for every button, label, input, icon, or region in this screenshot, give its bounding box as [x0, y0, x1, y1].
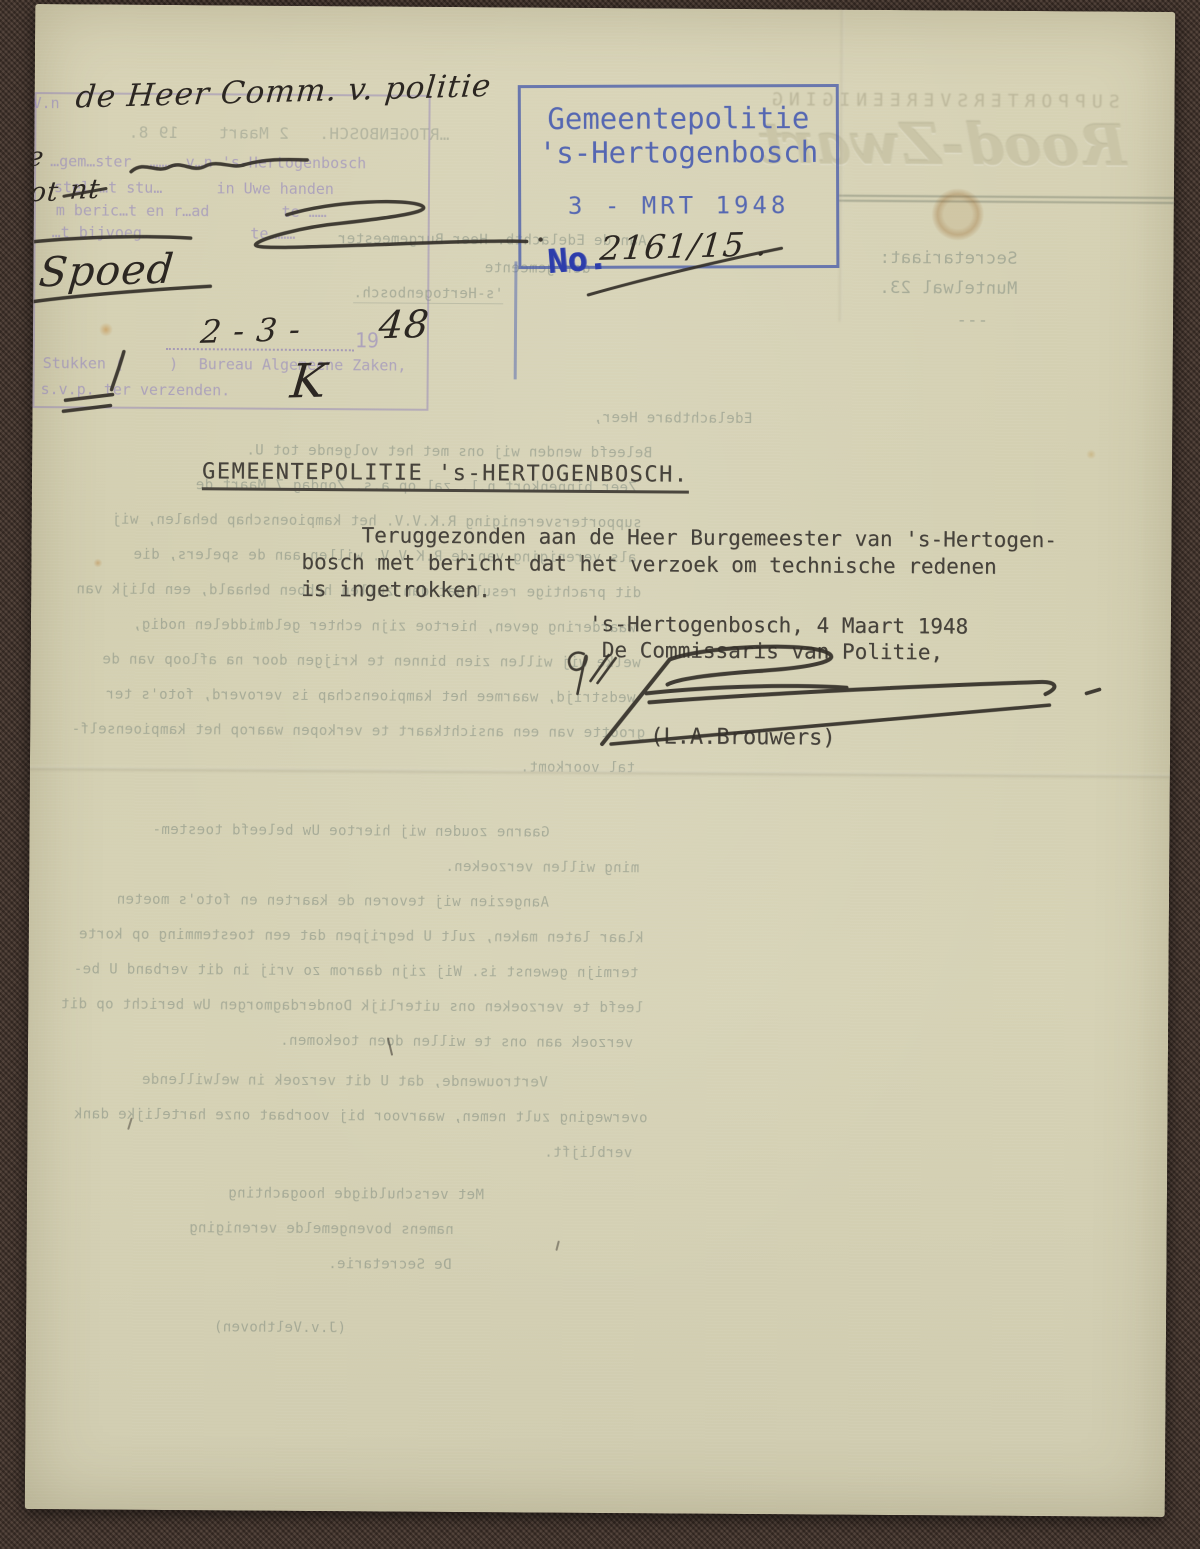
ghost-dashes: --- [956, 310, 988, 330]
handwritten-urgency-note: Spoed [37, 245, 177, 297]
registry-stamp-fragment: V.n [33, 94, 60, 112]
ghost-body-line: Vertrouwende, dat U dit verzoek in welwi… [142, 1072, 548, 1091]
ghost-body-line: verzoek aan ons te willen doen toekomen. [280, 1033, 633, 1051]
handwritten-margin-word: tot [25, 177, 61, 209]
ghost-body-line: welke wij willen zien binnen te krijgen … [102, 652, 641, 672]
registry-stamp-line: …gem…ster ……… v…n 's-Hertogenbosch [50, 152, 366, 172]
paper-stain [1086, 449, 1096, 459]
receipt-stamp-date: 3 - MRT 1948 [521, 191, 836, 220]
signer-name: (L.A.Brouwers) [650, 724, 836, 750]
ghost-body-line: De Secretarie. [328, 1256, 452, 1273]
ghost-body-line: Met verschuldigde hoogachting [228, 1185, 484, 1203]
handwritten-dossier-number: 2161/15 . [598, 224, 769, 268]
stray-ink-mark [128, 1119, 131, 1129]
letter-body-line: is ingetrokken. [301, 577, 491, 602]
ghost-body-line: klaar laten maken, zult U begrijpen dat … [79, 926, 644, 946]
paper-stain [99, 322, 113, 336]
registry-stamp-svp: s.v.p. ter verzenden. [41, 380, 231, 399]
registry-stamp-year: 19 [355, 328, 379, 352]
receipt-stamp-org-line1: Gemeentepolitie [521, 101, 836, 136]
ghost-body-line: Gaarne zouden wij hiertoe Uw beleefd toe… [152, 822, 549, 841]
ghost-body-line: waardering geven, hiertoe zijn echter ge… [133, 617, 636, 637]
ghost-body-line: ming willen verzoeken. [445, 859, 639, 876]
document-page: SUPPORTERSVEREENIGING Rood-Zwart Secreta… [25, 4, 1175, 1517]
ghost-body-line: (J.v.Velthoven) [214, 1319, 347, 1336]
handwritten-margin-word: nt [68, 174, 101, 206]
handwritten-initial: K [288, 353, 329, 409]
signature-stroke [649, 679, 1054, 705]
receipt-stamp-stray-line [514, 261, 518, 379]
ghost-body-line: namens bovengemelde vereniging [189, 1220, 454, 1238]
ghost-rule-bottom [839, 200, 1175, 204]
ghost-body-line: wedstrijd, waarmee het kampioenschap is … [106, 687, 636, 707]
ghost-body-line: overweging zult nemen, waarvoor bij voor… [74, 1106, 648, 1126]
handwritten-date: 2 - 3 - [199, 310, 303, 351]
document-sheet: SUPPORTERSVEREENIGING Rood-Zwart Secreta… [25, 4, 1175, 1517]
receipt-stamp-org-line2: 's-Hertogenbosch [521, 135, 836, 170]
ghost-body-line: Edelachtbare Heer, [593, 410, 752, 427]
letter-heading: GEMEENTEPOLITIE 's-HERTOGENBOSCH. [202, 459, 689, 493]
handwritten-margin-word: de [25, 142, 46, 174]
paraph-mark [569, 653, 587, 694]
signature-stroke [646, 685, 846, 695]
stray-ink-mark [388, 1039, 392, 1055]
registry-stamp-stukken: Stukken ( ) [43, 354, 179, 373]
ghost-body-line: leefd te verzoeken ons uiterlijk Donderd… [61, 996, 644, 1016]
letter-body-line: Teruggezonden aan de Heer Burgemeester v… [361, 523, 1057, 552]
ghost-secretariat-address: Muntelwal 23. [879, 278, 1017, 299]
fold-crease-vertical [839, 4, 844, 322]
signature-end-dash [1086, 689, 1099, 693]
letter-body-line: bosch met bericht dat het verzoek om tec… [301, 550, 997, 579]
ghost-body-line: grootte van een ansichtkaart te verkopen… [71, 721, 645, 741]
ghost-body-line: Beleefd wenden wij ons met het volgende … [246, 443, 652, 462]
ghost-body-line: termijn gewenst is. Wij zijn daarom zo v… [73, 961, 638, 981]
stray-ink-mark [557, 1242, 559, 1250]
fold-crease-horizontal [25, 766, 1175, 778]
ghost-body-line: verblijft. [544, 1145, 632, 1162]
registry-stamp-line: …t bijvoeg… te……… [52, 223, 296, 243]
handwritten-year: 48 [377, 302, 432, 347]
ghost-rule-top [839, 195, 1175, 199]
letter-place-date: 's-Hertogenbosch, 4 Maart 1948 [589, 612, 968, 639]
ghost-secretariat-label: Secretariaat: [879, 248, 1017, 269]
archival-scan-background: { "recto": { "handwriting": { "addressee… [0, 0, 1200, 1549]
signer-title: De Commissaris van Politie, [602, 638, 944, 664]
ghost-body-line: Aangezien wij tevoren de kaarten en foto… [116, 892, 549, 911]
paper-stain [932, 188, 984, 240]
paper-stain [93, 558, 102, 567]
